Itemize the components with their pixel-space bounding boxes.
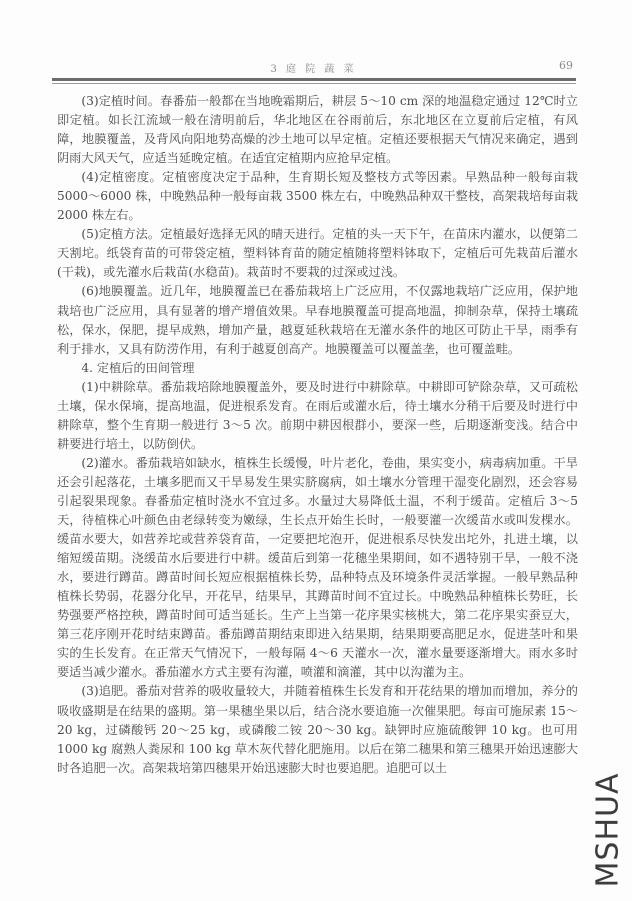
paragraph-planting-method: (5)定植方法。定植最好选择无风的晴天进行。定植的头一天下午，在苗床内灌水，以便… <box>57 225 578 282</box>
book-page: 3 庭 院 蔬 菜 69 (3)定植时间。春番茄一般都在当地晚霜期后，耕层 5～… <box>0 0 632 901</box>
section-heading-field-management: 4. 定植后的田间管理 <box>57 359 578 378</box>
paragraph-irrigation: (2)灌水。番茄栽培如缺水，植株生长缓慢，叶片老化，卷曲，果实变小，病毒病加重。… <box>57 454 578 683</box>
page-number: 69 <box>559 59 573 72</box>
body-text: (3)定植时间。春番茄一般都在当地晚霜期后，耕层 5～10 cm 深的地温稳定通… <box>57 92 578 778</box>
paragraph-topdressing: (3)追肥。番茄对营养的吸收量较大，并随着植株生长发育和开花结果的增加而增加，养… <box>57 682 578 777</box>
paragraph-cultivation-weeding: (1)中耕除草。番茄栽培除地膜覆盖外，要及时进行中耕除草。中耕即可铲除杂草，又可… <box>57 378 578 454</box>
watermark: MSHUA <box>588 770 628 890</box>
watermark-text: MSHUA <box>591 773 626 888</box>
header-rule-thick <box>52 78 576 81</box>
running-head: 3 庭 院 蔬 菜 69 <box>52 58 575 74</box>
paragraph-planting-time: (3)定植时间。春番茄一般都在当地晚霜期后，耕层 5～10 cm 深的地温稳定通… <box>57 92 578 168</box>
chapter-title: 3 庭 院 蔬 菜 <box>52 60 575 75</box>
header-rule-thin <box>52 83 576 84</box>
paragraph-planting-density: (4)定植密度。定植密度决定于品种，生育期长短及整枝方式等因素。早熟品种一般每亩… <box>57 168 578 225</box>
paragraph-film-mulching: (6)地膜覆盖。近几年，地膜覆盖已在番茄栽培上广泛应用，不仅露地栽培广泛应用，保… <box>57 282 578 358</box>
